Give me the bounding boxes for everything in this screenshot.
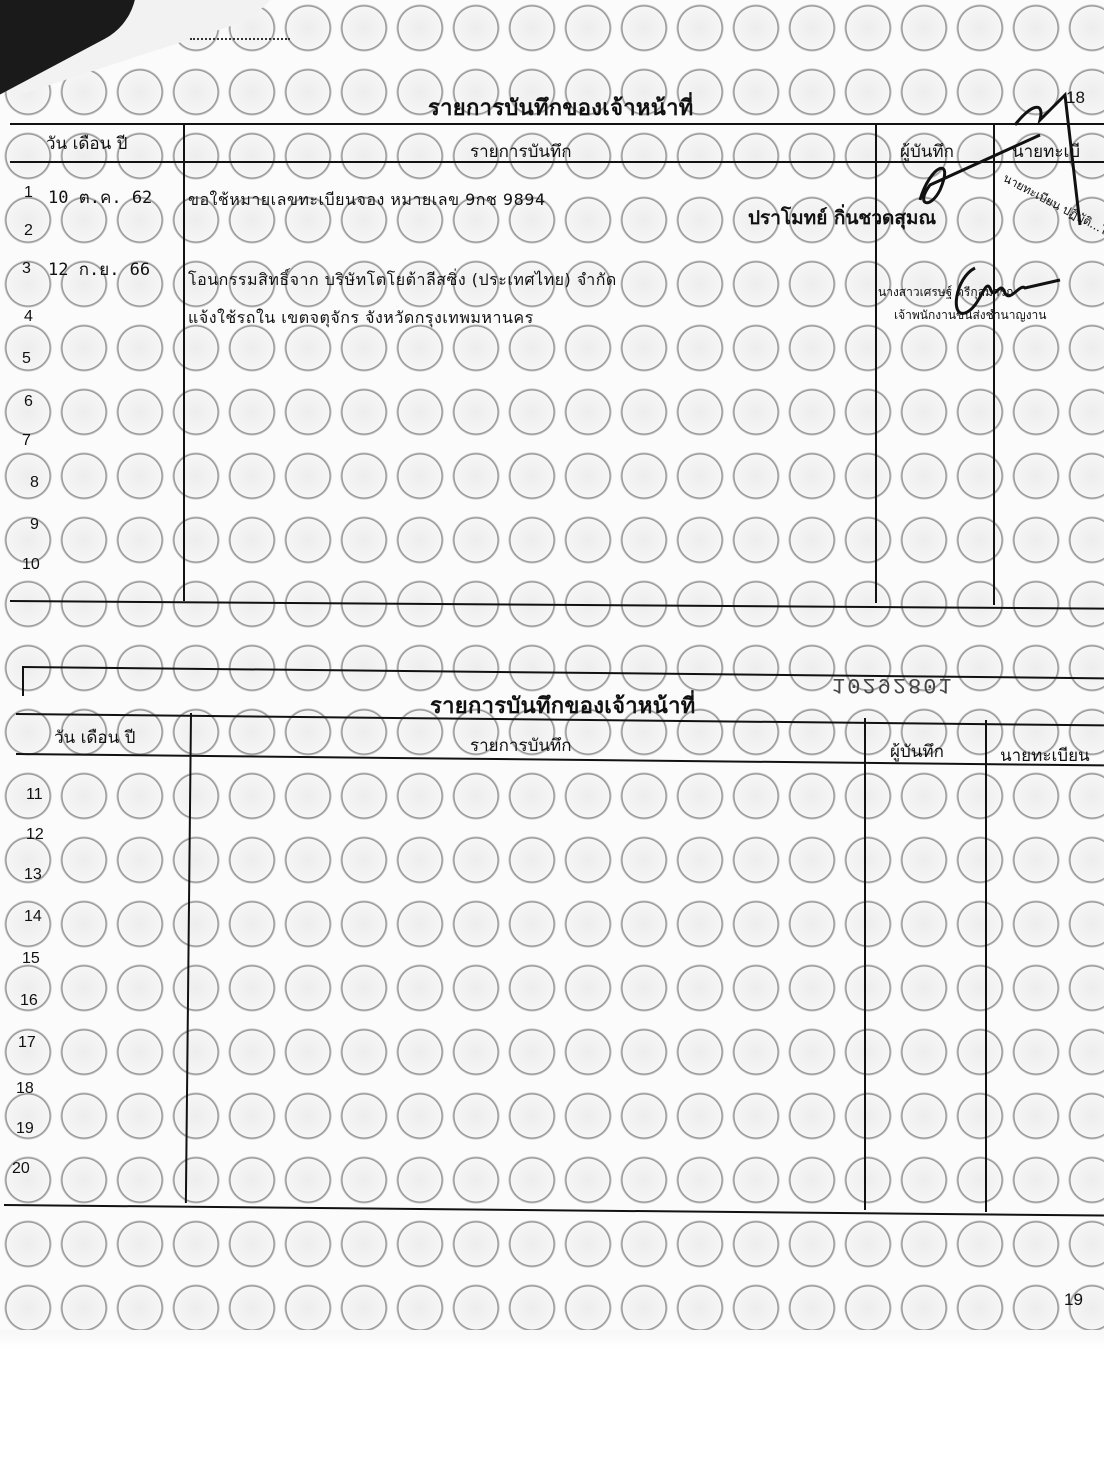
section2-serial-number: 10292801	[832, 672, 954, 697]
section2-row-number: 17	[18, 1034, 36, 1052]
section1-row-number: 1	[24, 184, 33, 202]
entry2-signature	[945, 258, 1065, 328]
section2-col-divider-entry	[864, 718, 866, 1210]
entry2-date: 12 ก.ย. 66	[48, 256, 150, 283]
section1-row-number: 9	[30, 516, 39, 534]
section2-row-number: 15	[22, 950, 40, 968]
section2-col-divider-recorder	[985, 720, 987, 1212]
section2-header-recorder: ผู้บันทึก	[890, 738, 944, 765]
section2-row-number: 16	[20, 992, 38, 1010]
section2-row-number: 18	[16, 1080, 34, 1098]
page-bottom-blank	[0, 1330, 1104, 1480]
section2-row-number: 12	[26, 826, 44, 844]
section1-row-number: 5	[22, 350, 31, 368]
section1-row-number: 8	[30, 474, 39, 492]
dotted-mark	[190, 38, 290, 40]
section2-header-entry: รายการบันทึก	[470, 732, 572, 759]
section2-row-number: 20	[12, 1160, 30, 1178]
section1-header-date: วัน เดือน ปี	[46, 130, 127, 157]
section1-row-number: 6	[24, 393, 33, 411]
section2-row-number: 14	[24, 908, 42, 926]
section1-row-number: 4	[24, 308, 33, 326]
section1-col-divider-entry	[875, 123, 877, 603]
entry1-signature	[900, 95, 1100, 245]
section2-row-number: 19	[16, 1120, 34, 1138]
section1-col-divider-date	[183, 123, 185, 601]
section2-outer-left-edge	[22, 666, 24, 696]
section1-row-number: 10	[22, 556, 40, 574]
section1-row-number: 2	[24, 222, 33, 240]
section1-header-entry: รายการบันทึก	[470, 138, 572, 165]
page-number-bottom: 19	[1064, 1290, 1083, 1310]
section2-row-number: 13	[24, 866, 42, 884]
section2-row-number: 11	[26, 786, 43, 804]
entry2-text-line2: แจ้งใช้รถใน เขตจตุจักร จังหวัดกรุงเทพมหา…	[188, 306, 534, 331]
section1-title: รายการบันทึกของเจ้าหน้าที่	[428, 90, 694, 125]
entry2-text-line1: โอนกรรมสิทธิ์จาก บริษัทโตโยต้าลีสซิ่ง (ป…	[188, 268, 617, 293]
section2-header-date: วัน เดือน ปี	[54, 724, 135, 751]
entry1-text: ขอใช้หมายเลขทะเบียนจอง หมายเลข 9กช 9894	[188, 188, 546, 213]
section1-row-number: 7	[22, 432, 31, 450]
section2-header-registrar: นายทะเบียน	[1000, 742, 1090, 769]
entry1-date: 10 ต.ค. 62	[48, 184, 152, 211]
section1-row-number: 3	[22, 260, 31, 278]
